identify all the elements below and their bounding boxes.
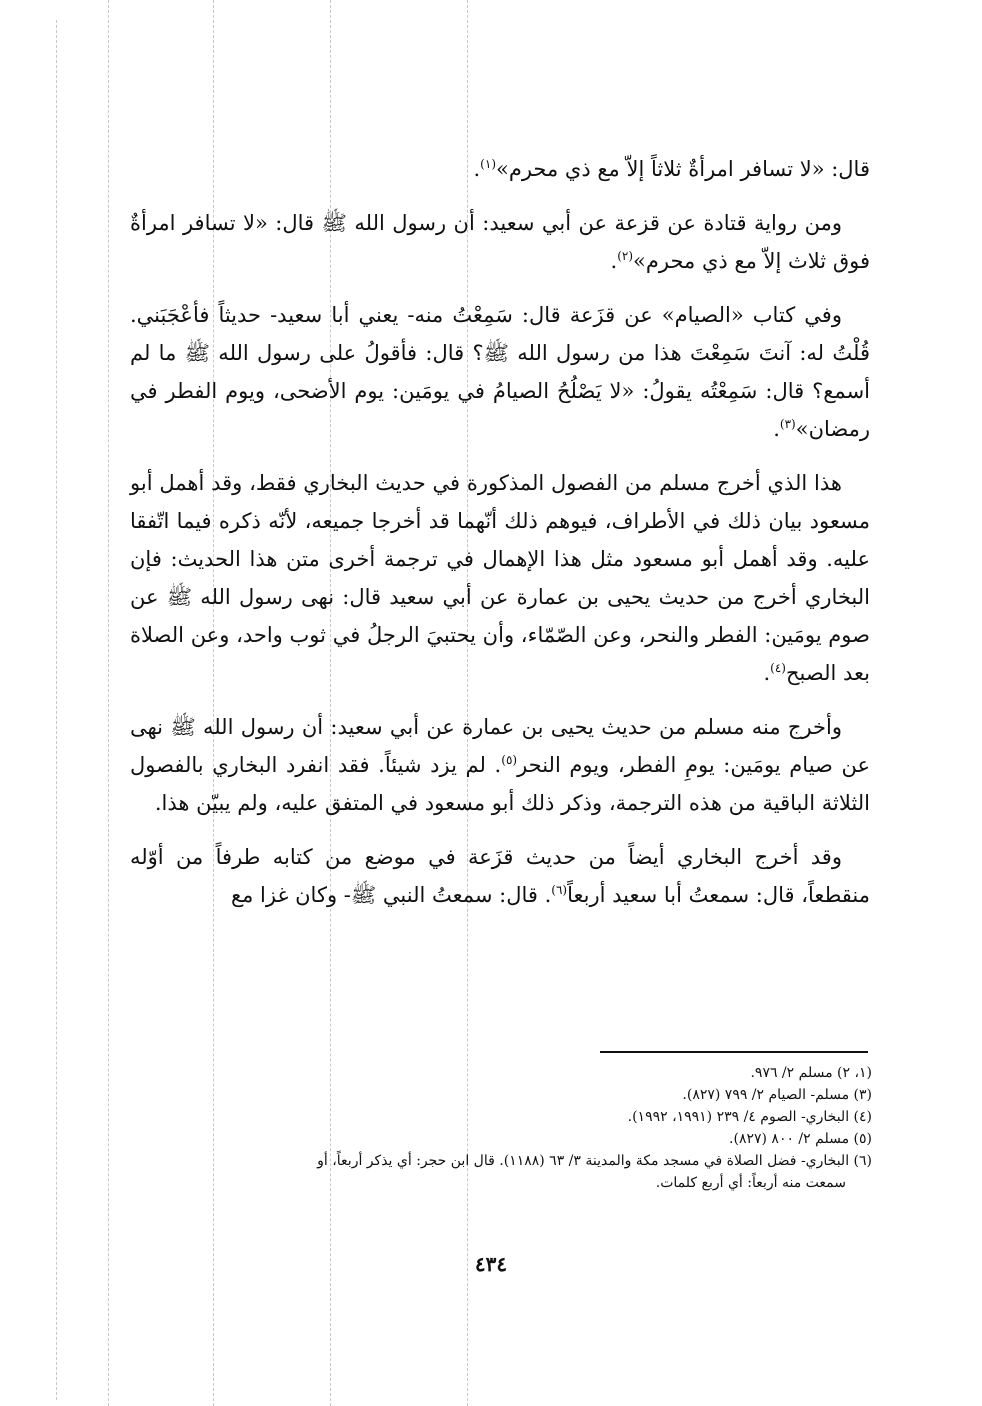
footnote-ref[interactable]: (٢) <box>617 249 633 263</box>
paragraph-text: وفي كتاب «الصيام» عن قزَعة قال: سَمِعْتُ… <box>130 303 870 441</box>
paragraph: قال: «لا تسافر امرأةٌ ثلاثاً إلاّ مع ذي … <box>130 150 870 188</box>
paragraph: وفي كتاب «الصيام» عن قزَعة قال: سَمِعْتُ… <box>130 296 870 448</box>
footnote-ref[interactable]: (٦) <box>551 883 567 897</box>
footnote: (٦) البخاري- فضل الصلاة في مسجد مكة والم… <box>132 1150 872 1172</box>
paragraph-end: . <box>773 417 780 441</box>
paragraph-text: هذا الذي أخرج مسلم من الفصول المذكورة في… <box>130 471 870 685</box>
paragraph-text: قال: «لا تسافر امرأةٌ ثلاثاً إلاّ مع ذي … <box>496 157 870 181</box>
paragraph-text: ومن رواية قتادة عن قزعة عن أبي سعيد: أن … <box>130 211 870 273</box>
footnote-ref[interactable]: (٥) <box>501 753 517 767</box>
footnote: (٣) مسلم- الصيام ٢/ ٧٩٩ (٨٢٧). <box>132 1084 872 1106</box>
footnote-ref[interactable]: (٤) <box>770 661 786 675</box>
footnote: (٤) البخاري- الصوم ٤/ ٢٣٩ (١٩٩١، ١٩٩٢). <box>132 1106 872 1128</box>
paragraph: وأخرج منه مسلم من حديث يحيى بن عمارة عن … <box>130 708 870 822</box>
paragraph: ومن رواية قتادة عن قزعة عن أبي سعيد: أن … <box>130 204 870 280</box>
paragraph: هذا الذي أخرج مسلم من الفصول المذكورة في… <box>130 464 870 692</box>
paragraph-end: . قال: سمعتُ النبي ﷺ- وكان غزا مع <box>231 883 551 907</box>
footnote-continuation: سمعت منه أربعاً: أي أربع كلمات. <box>132 1172 872 1194</box>
footnote-divider <box>600 1051 868 1053</box>
footnote: (٥) مسلم ٢/ ٨٠٠ (٨٢٧). <box>132 1128 872 1150</box>
scan-artifact-line <box>108 0 109 1406</box>
page-body: قال: «لا تسافر امرأةٌ ثلاثاً إلاّ مع ذي … <box>130 150 870 930</box>
paragraph: وقد أخرج البخاري أيضاً من حديث قزَعة في … <box>130 838 870 914</box>
footnote-ref[interactable]: (٣) <box>780 417 796 431</box>
scan-artifact-line <box>56 20 57 1400</box>
footnotes: (١، ٢) مسلم ٢/ ٩٧٦. (٣) مسلم- الصيام ٢/ … <box>132 1062 872 1194</box>
page-number: ٤٣٤ <box>0 1252 982 1276</box>
footnote-ref[interactable]: (١) <box>480 157 496 171</box>
footnote: (١، ٢) مسلم ٢/ ٩٧٦. <box>132 1062 872 1084</box>
